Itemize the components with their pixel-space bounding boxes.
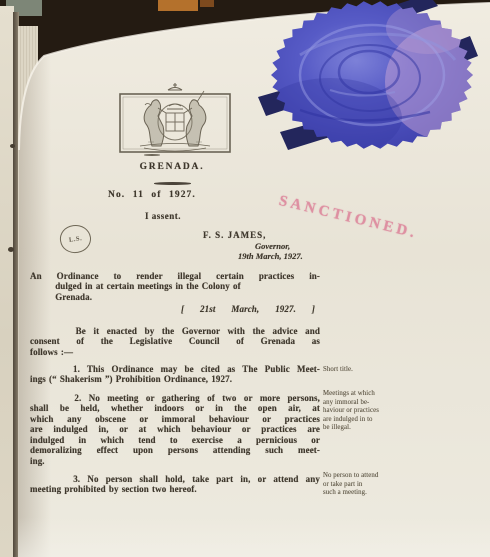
- country-heading: GRENADA.: [28, 162, 316, 172]
- royal-coat-of-arms-icon: [118, 82, 232, 158]
- text-line: ing.: [30, 456, 320, 466]
- text-line: An Ordinance to render illegal certain p…: [30, 271, 320, 281]
- text-line: dulged in at certain meetings in the Col…: [30, 281, 320, 291]
- section-3: 3. No person shall hold, take part in, o…: [30, 474, 320, 495]
- text-line: consent of the Legislative Council of Gr…: [30, 336, 320, 346]
- text-line: demoralizing effect upon persons attendi…: [30, 445, 320, 455]
- binding-speck: [8, 247, 14, 252]
- governor-title: Governor,: [255, 241, 290, 251]
- governor-signature: F. S. JAMES,: [203, 230, 266, 240]
- assent-date: 19th March, 1927.: [238, 251, 303, 261]
- ribbon-right: [444, 36, 478, 66]
- locus-sigilli-mark: L.S.: [58, 223, 93, 255]
- margin-note-2: Meetings at whichany immoral be-haviour …: [323, 390, 393, 433]
- section-2: 2. No meeting or gathering of two or mor…: [30, 393, 320, 466]
- text-line: 3. No person shall hold, take part in, o…: [30, 474, 320, 484]
- text-line: which any obscene or immoral behaviour o…: [30, 414, 320, 424]
- heading-rule: [154, 182, 191, 185]
- text-line: 1. This Ordinance may be cited as The Pu…: [30, 364, 320, 374]
- text-line: shall be held, whether indoors or in the…: [30, 403, 320, 413]
- book-photo: GRENADA. No. 11 of 1927. I assent. F. S.…: [0, 0, 490, 557]
- binding-speck: [10, 144, 15, 148]
- margin-note-1: Short title.: [323, 366, 393, 375]
- facing-page-edge: [0, 6, 14, 557]
- margin-note-3: No person to attendor take part insuch a…: [323, 472, 393, 498]
- text-line: No person to attend: [323, 472, 393, 481]
- text-line: follows :—: [30, 347, 320, 357]
- background-wood-patch-2: [200, 0, 214, 7]
- text-line: Short title.: [323, 366, 393, 375]
- background-wood-patch: [158, 0, 198, 11]
- text-line: indulged in which tend to exercise a per…: [30, 435, 320, 445]
- text-line: are indulged in to: [323, 416, 393, 425]
- ribbon-top-right: [398, 0, 438, 16]
- text-line: Meetings at which: [323, 390, 393, 399]
- assent-text: I assent.: [145, 211, 181, 221]
- ordinance-number: No. 11 of 1927.: [108, 190, 196, 200]
- text-line: [ 21st March, 1927. ]: [181, 304, 315, 314]
- arms-base-mark: [144, 154, 160, 156]
- text-line: ings (“ Shakerism ”) Prohibition Ordinan…: [30, 374, 320, 384]
- text-line: be illegal.: [323, 424, 393, 433]
- long-title: An Ordinance to render illegal certain p…: [30, 271, 320, 302]
- ls-label: L.S.: [68, 235, 82, 244]
- page-bottom-sheen: [18, 517, 490, 557]
- sanctioned-stamp: SANCTIONED.: [277, 193, 419, 243]
- commencement-date: [ 21st March, 1927. ]: [181, 304, 315, 314]
- text-line: Grenada.: [30, 292, 320, 302]
- ribbon-left: [258, 85, 306, 116]
- text-line: Be it enacted by the Governor with the a…: [30, 326, 320, 336]
- text-line: any immoral be-: [323, 399, 393, 408]
- text-line: or take part in: [323, 481, 393, 490]
- ribbon-bottom: [280, 120, 330, 150]
- enacting-clause: Be it enacted by the Governor with the a…: [30, 326, 320, 357]
- text-line: are indulged in, or at which behaviour o…: [30, 424, 320, 434]
- text-line: meeting prohibited by section two hereof…: [30, 484, 320, 494]
- text-line: haviour or practices: [323, 407, 393, 416]
- text-line: 2. No meeting or gathering of two or mor…: [30, 393, 320, 403]
- text-line: such a meeting.: [323, 489, 393, 498]
- section-1: 1. This Ordinance may be cited as The Pu…: [30, 364, 320, 385]
